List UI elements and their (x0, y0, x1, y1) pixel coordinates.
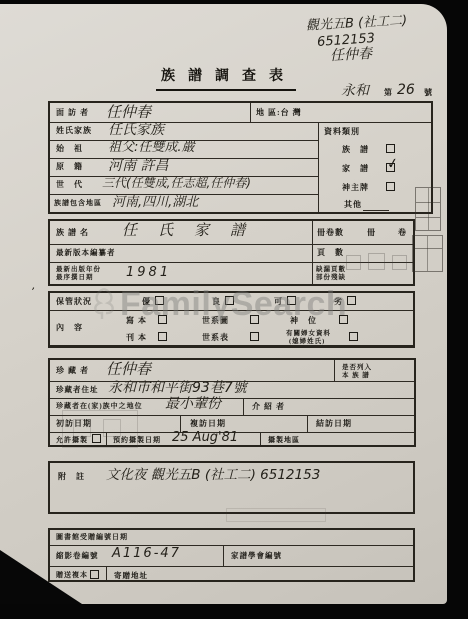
generations-label: 世 代 (56, 181, 83, 190)
familysearch-watermark: FamilySearch (120, 285, 347, 324)
family-info-box: 面 訪 者 任仲春 地 區:台 灣 姓氏家族 任氏家族 始 祖 祖父:任雙成.嚴… (48, 101, 433, 214)
included-in-genealogy-label-line1: 是否列入 (342, 364, 372, 371)
duplicate-copy-checkbox (90, 570, 99, 579)
family-name-value: 任氏家族 (108, 123, 164, 137)
printed-copy-checkbox (158, 332, 167, 341)
stamp-impression (412, 235, 443, 272)
paper-page: 觀光五B (社工二) 6512153 任仲春 族譜調查表 永和 第 26 , 號… (0, 4, 447, 604)
latest-compiler-label: 最新版本編纂者 (56, 249, 116, 257)
ancestral-tablet-option-label: 神主牌 (342, 184, 369, 193)
stray-pen-mark: , (32, 280, 36, 291)
family-name-label: 姓氏家族 (56, 127, 92, 136)
first-ancestor-value: 祖父:任雙成.嚴 (108, 141, 195, 154)
ghost-stamp (226, 508, 326, 522)
included-in-genealogy-label-line2: 本 族 譜 (342, 372, 370, 379)
lineage-table-checkbox (250, 332, 259, 341)
grid-line (307, 415, 308, 432)
collector-label: 珍 藏 者 (56, 367, 89, 376)
women-info-checkbox (349, 332, 358, 341)
condition-poor-checkbox (347, 296, 356, 305)
scan-corner-shadow (0, 550, 82, 604)
serial-place: 永和 (341, 84, 369, 98)
ghost-stamp-detail (73, 419, 91, 437)
printed-copy-label: 刊 本 (126, 334, 147, 343)
origin-value: 河南 許昌 (108, 159, 168, 173)
handwritten-name: 任仲春 (330, 47, 373, 63)
publish-year-value: 1981 (126, 266, 171, 279)
ghost-stamp-detail (103, 419, 121, 437)
familysearch-logo-icon (90, 286, 118, 322)
stamp-impression (415, 187, 441, 231)
library-box: 圖書館受贈編號日期 縮影卷編號 A116-47 家譜學會編號 贈送複本 寄贈地址 (48, 528, 415, 582)
clan-genealogy-checkbox (386, 144, 395, 153)
grid-line (223, 545, 224, 566)
stamp-detail (428, 188, 429, 230)
generations-value: 三代(任雙成,任志超,任仲春) (102, 177, 251, 189)
clan-genealogy-option-label: 族 譜 (342, 146, 369, 155)
preface-date-label: 最序撰日期 (56, 274, 94, 281)
grid-line (50, 244, 413, 245)
publish-year-label: 最新出版年份 (56, 266, 101, 273)
interviewer-value: 任仲春 (106, 105, 151, 120)
coverage-area-value: 河南,四川,湖北 (112, 196, 198, 209)
mailing-address-label: 寄贈地址 (114, 572, 148, 580)
women-info-label-line2: (媳婦姓氏) (289, 338, 325, 345)
introducer-label: 介 紹 者 (252, 403, 285, 412)
coverage-area-label: 族譜包含地區 (54, 200, 102, 208)
grid-line (250, 103, 251, 122)
ghost-stamp (368, 253, 385, 270)
collector-address-label: 珍藏者住址 (56, 386, 99, 394)
missing-pages-label: 缺漏頁數 (316, 266, 346, 273)
library-header-label: 圖書館受贈編號日期 (56, 534, 128, 542)
interviewer-label: 面 訪 者 (56, 109, 89, 118)
ghost-stamp (392, 255, 407, 270)
grid-line (243, 398, 244, 415)
genealogy-title-box: 族 譜 名 任氏家譜 冊卷數 冊 卷 最新版本編纂者 頁 數 最新出版年份 最序… (48, 219, 415, 286)
form-title: 族譜調查表 (156, 65, 296, 91)
grid-line (50, 398, 414, 399)
serial-number: 26 (397, 83, 415, 97)
ghost-stamp (346, 255, 361, 270)
remarks-value: 文化夜 觀光五B (社工二) 6512153 (106, 469, 320, 483)
ghost-stamp (62, 410, 138, 448)
volume-count-label: 冊卷數 (317, 229, 344, 238)
revisit-date-label: 複訪日期 (190, 420, 226, 429)
genealogy-name-value: 任氏家譜 (122, 223, 266, 238)
scanned-genealogy-survey-form: 觀光五B (社工二) 6512153 任仲春 族譜調查表 永和 第 26 , 號… (0, 0, 468, 619)
grid-line (318, 122, 319, 212)
origin-label: 原 籍 (56, 163, 83, 172)
stamp-detail (427, 236, 428, 271)
material-type-label: 資料類別 (324, 128, 360, 137)
grid-line (50, 545, 413, 546)
first-ancestor-label: 始 祖 (56, 145, 83, 154)
ancestral-tablet-checkbox (386, 182, 395, 191)
filming-location-label: 攝製地區 (268, 437, 300, 445)
page-count-label: 頁 數 (317, 249, 344, 258)
family-genealogy-checkbox: ✓ (386, 163, 395, 172)
fascicle-unit-label: 卷 (398, 229, 407, 238)
collector-address-value: 永和市和平街93巷7號 (108, 381, 247, 395)
genealogy-name-label: 族 譜 名 (56, 229, 89, 238)
handwritten-class-note: 觀光五B (社工二) (306, 14, 408, 32)
serial-prefix-label: 第 (384, 89, 393, 98)
region-label: 地 區:台 灣 (256, 109, 302, 118)
collector-value: 任仲春 (106, 362, 151, 377)
grid-line (50, 158, 318, 159)
women-info-label-line1: 有關婦女資料 (286, 330, 331, 337)
grid-line (334, 360, 335, 381)
grid-line (260, 432, 261, 445)
other-option-label: 其他 (344, 201, 362, 210)
serial-suffix-label: 號 (424, 89, 433, 98)
other-fill-line (363, 210, 389, 211)
volume-unit-label: 冊 (367, 229, 376, 238)
contents-label: 內 容 (56, 324, 83, 333)
society-number-label: 家譜學會編號 (231, 552, 282, 560)
scheduled-filming-date-value: 25 Aug'81 (172, 431, 238, 444)
damaged-label: 部份殘缺 (316, 274, 346, 281)
storage-condition-label: 保管狀況 (56, 298, 92, 307)
checkmark: ✓ (386, 155, 400, 173)
collector-family-position-value: 最小輩份 (165, 397, 221, 411)
remarks-box: 附 註 文化夜 觀光五B (社工二) 6512153 (48, 461, 415, 514)
grid-line (312, 221, 313, 284)
final-visit-date-label: 結訪日期 (316, 420, 352, 429)
grid-line (50, 566, 413, 567)
microfilm-roll-value: A116-47 (112, 547, 181, 560)
grid-line (106, 566, 107, 580)
lineage-table-label: 世系表 (202, 334, 229, 343)
family-genealogy-option-label: 家 譜 (342, 165, 369, 174)
remarks-label: 附 註 (58, 473, 85, 482)
